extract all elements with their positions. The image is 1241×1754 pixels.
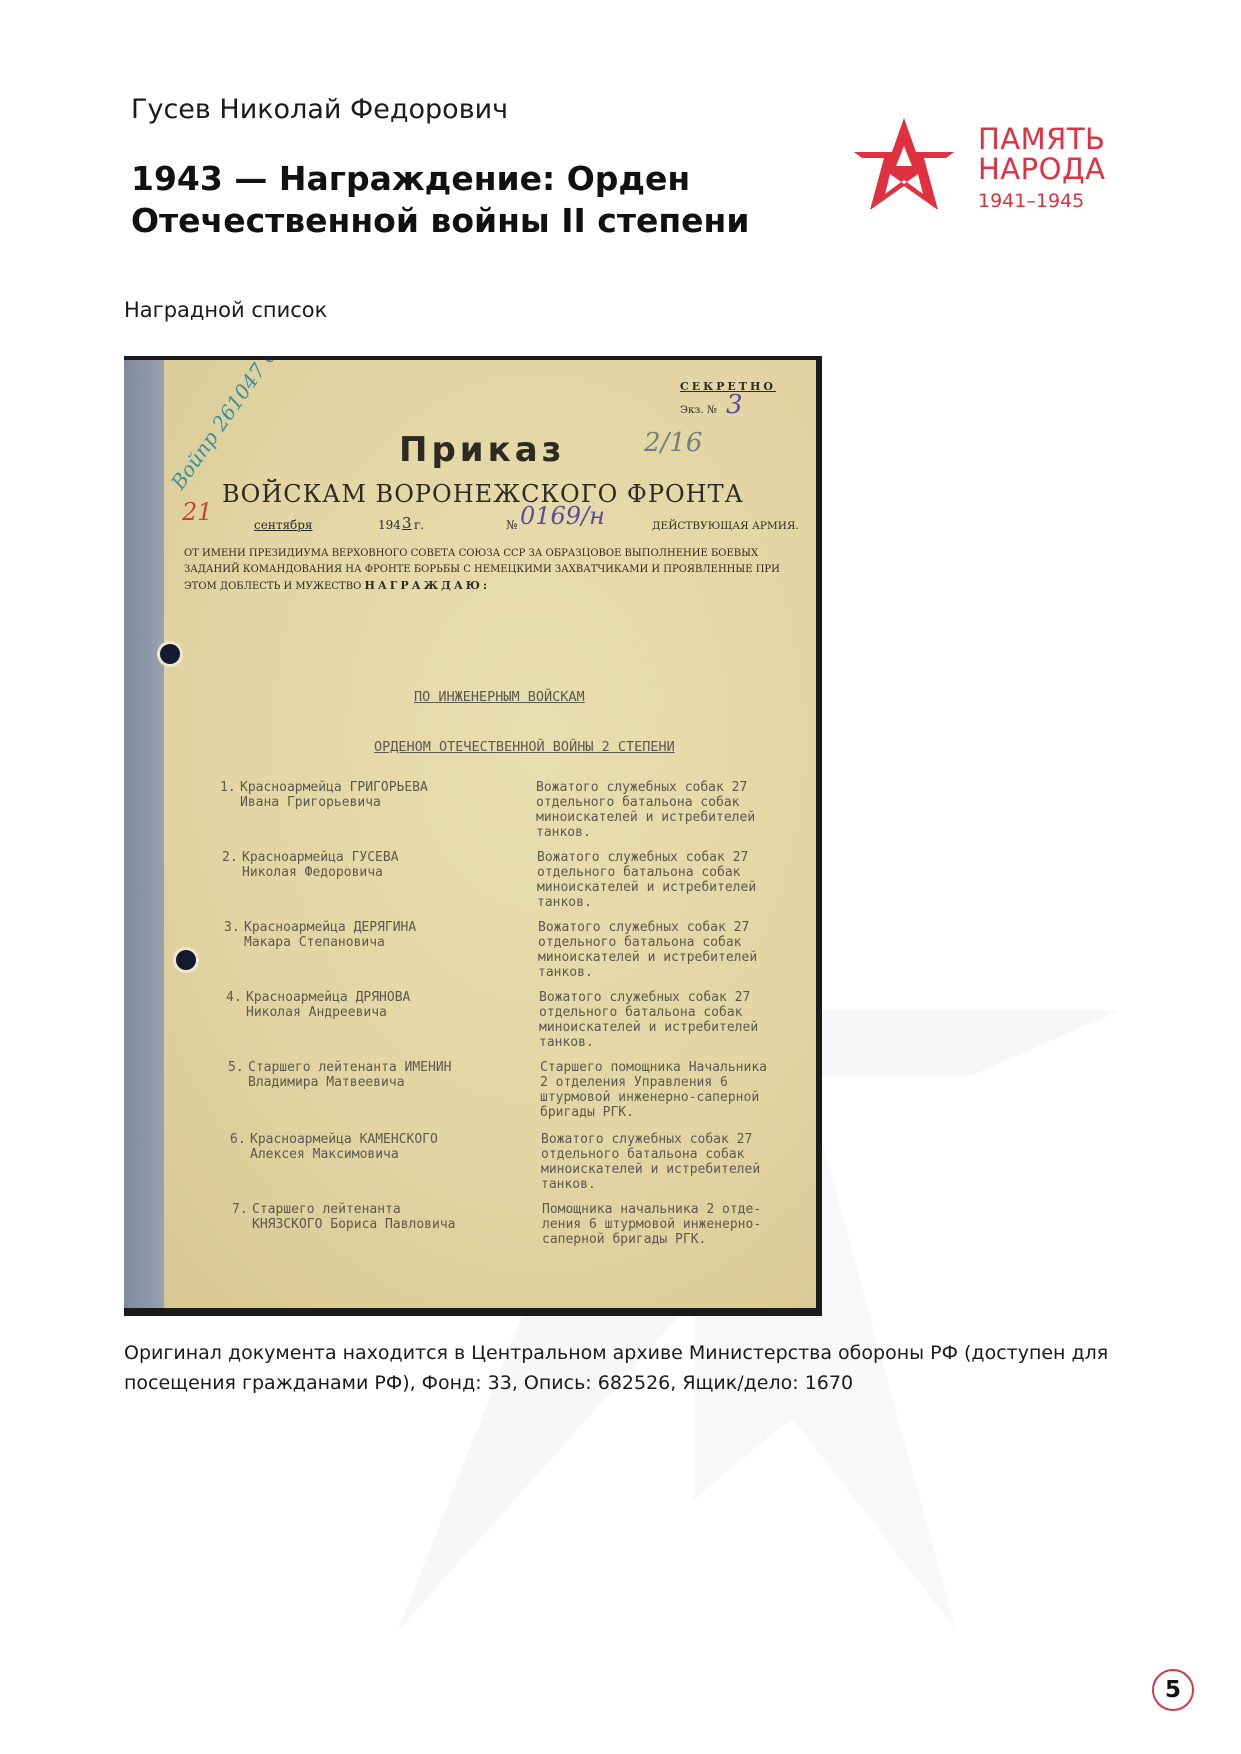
award-document-scan: Войпр 261047 0Ф181 СЕКРЕТНО Экз. № 3 2/1… [124, 356, 822, 1316]
date-year-unit: г. [414, 518, 424, 532]
order-number: 0169/н [520, 502, 605, 530]
awardee-role: Вожатого служебных собак 27 отдельного б… [541, 1132, 760, 1192]
awardee-role: Старшего помощника Начальника 2 отделени… [540, 1060, 767, 1120]
awardee-name: Красноармейца КАМЕНСКОГО Алексея Максимо… [250, 1132, 438, 1162]
awardee-number: 5. [228, 1060, 244, 1075]
red-star-icon [852, 116, 956, 216]
document-subheading: ВОЙСКАМ ВОРОНЕЖСКОГО ФРОНТА [222, 480, 744, 508]
awardee-role: Вожатого служебных собак 27 отдельного б… [539, 990, 758, 1050]
awardee-name: Красноармейца ГУСЕВА Николая Федоровича [242, 850, 399, 880]
awardee-name: Старшего лейтенанта ИМЕНИН Владимира Мат… [248, 1060, 452, 1090]
preamble-bold: НАГРАЖДАЮ: [364, 579, 490, 592]
section-title: ПО ИНЖЕНЕРНЫМ ВОЙСКАМ [414, 690, 585, 705]
awardee-name: Красноармейца ГРИГОРЬЕВА Ивана Григорьев… [240, 780, 428, 810]
awardee-number: 6. [230, 1132, 246, 1147]
awardee-name: Красноармейца ДЕРЯГИНА Макара Степанович… [244, 920, 416, 950]
handwritten-note-left: Войпр 261047 0Ф181 [166, 360, 313, 494]
awardee-number: 7. [232, 1202, 248, 1217]
date-month: сентября [254, 518, 313, 532]
awardee-number: 4. [226, 990, 242, 1005]
copy-label: Экз. № [680, 404, 717, 416]
awardee-name: Красноармейца ДРЯНОВА Николая Андреевича [246, 990, 410, 1020]
awardee-role: Вожатого служебных собак 27 отдельного б… [537, 850, 756, 910]
date-year-prefix: 194 [378, 518, 401, 532]
logo-years: 1941–1945 [978, 190, 1084, 212]
order-title: ОРДЕНОМ ОТЕЧЕСТВЕННОЙ ВОЙНЫ 2 СТЕПЕНИ [374, 740, 675, 755]
logo-text-line2: НАРОДА [978, 154, 1105, 184]
section-label: Наградной список [124, 298, 327, 322]
page-number: 5 [1152, 1669, 1194, 1711]
awardee-number: 3. [224, 920, 240, 935]
awardee-number: 1. [220, 780, 236, 795]
army-label: ДЕЙСТВУЮЩАЯ АРМИЯ. [652, 520, 799, 532]
punch-hole [160, 644, 180, 664]
handwritten-note-right: 2/16 [644, 428, 702, 458]
logo-text-line1: ПАМЯТЬ [978, 124, 1105, 154]
archive-caption: Оригинал документа находится в Центральн… [124, 1338, 1124, 1398]
person-name: Гусев Николай Федорович [131, 94, 508, 125]
awardee-role: Помощника начальника 2 отде- ления 6 шту… [542, 1202, 761, 1247]
date-year-suffix: 3 [402, 514, 412, 532]
awardee-number: 2. [222, 850, 238, 865]
pamyat-naroda-logo[interactable]: ПАМЯТЬ НАРОДА 1941–1945 [852, 116, 1122, 220]
awardee-role: Вожатого служебных собак 27 отдельного б… [538, 920, 757, 980]
document-binding [124, 360, 164, 1308]
copy-number: 3 [726, 390, 743, 420]
document-heading: Приказ [399, 430, 565, 470]
handwritten-day: 21 [182, 498, 213, 526]
awardee-name: Старшего лейтенанта КНЯЗСКОГО Бориса Пав… [252, 1202, 456, 1232]
awardee-role: Вожатого служебных собак 27 отдельного б… [536, 780, 755, 840]
page-title: 1943 — Награждение: Орден Отечественной … [131, 158, 751, 242]
number-label: № [506, 518, 517, 532]
punch-hole [176, 950, 196, 970]
document-paper: Войпр 261047 0Ф181 СЕКРЕТНО Экз. № 3 2/1… [124, 360, 816, 1308]
preamble: ОТ ИМЕНИ ПРЕЗИДИУМА ВЕРХОВНОГО СОВЕТА СО… [184, 546, 794, 595]
